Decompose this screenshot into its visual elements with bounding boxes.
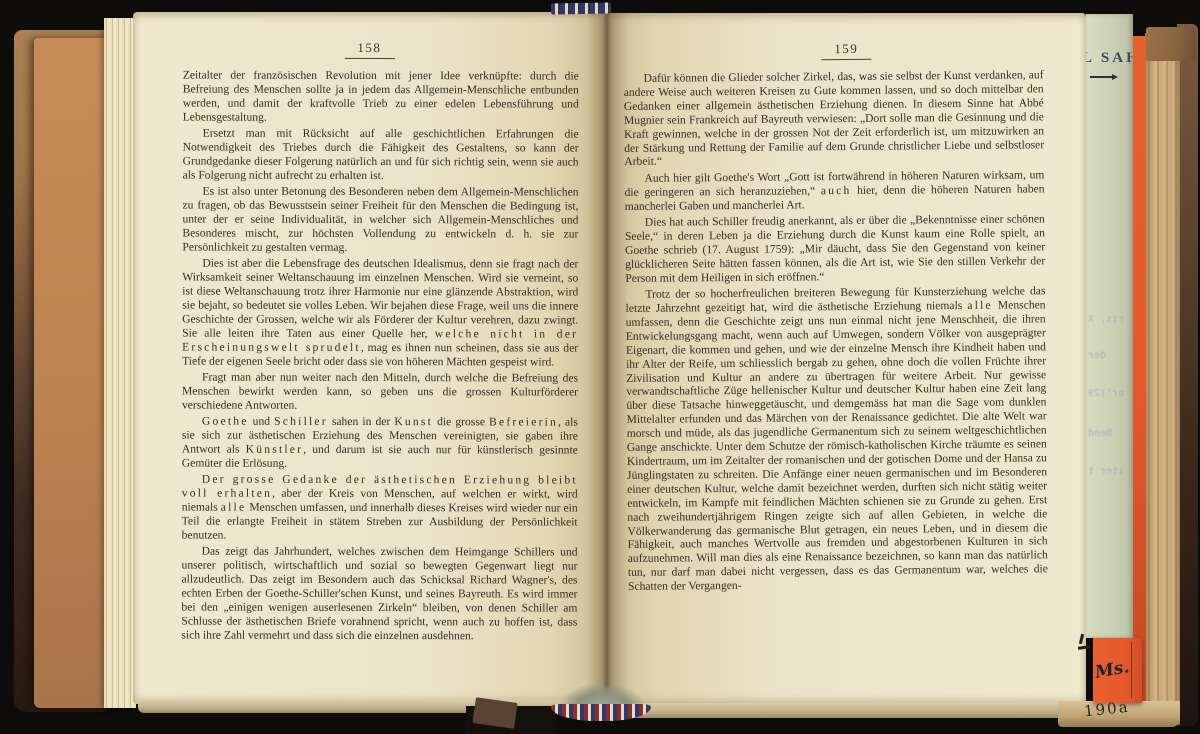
paragraph: Dies ist aber die Lebensfrage des deutsc… xyxy=(182,257,578,369)
ghost-text: der xyxy=(1088,350,1106,361)
right-book-cover xyxy=(1177,24,1198,726)
green-insert-page: L SAH ris, Xderor"(29Benditer t xyxy=(1086,14,1133,638)
orange-insert-edge xyxy=(1133,36,1146,704)
paragraph: Trotz der so hocherfreulichen breiteren … xyxy=(625,284,1048,594)
right-page-edges xyxy=(1145,33,1180,725)
paragraph: Goethe und Schiller sahen in der Kunst d… xyxy=(182,415,578,472)
right-page-bottom-edge xyxy=(612,703,1086,718)
paragraph: Fragt man aber nun weiter nach den Mitte… xyxy=(182,371,578,414)
right-page-text: Dafür können die Glieder solcher Zirkel,… xyxy=(624,68,1049,594)
paragraph: Dies hat auch Schiller freudig anerkannt… xyxy=(625,212,1046,285)
bottom-headband xyxy=(551,704,651,721)
paragraph: Auch hier gilt Goethe's Wort „Gott ist f… xyxy=(624,168,1044,213)
page-number-right: 159 xyxy=(821,41,871,60)
right-cover-top-fold xyxy=(1146,27,1196,61)
left-page-text: Zeitalter der französischen Revolution m… xyxy=(181,69,579,644)
book-photo: 158 Zeitalter der französischen Revoluti… xyxy=(0,0,1200,734)
left-page-content: 158 Zeitalter der französischen Revoluti… xyxy=(131,11,606,704)
ghost-text: iter t xyxy=(1088,466,1124,477)
right-page-content: 159 Dafür können die Glieder solcher Zir… xyxy=(606,11,1092,707)
ghost-text: ris, X xyxy=(1088,314,1124,325)
page-number-left: 158 xyxy=(344,40,394,59)
ghost-text: or"(29 xyxy=(1088,388,1124,399)
paragraph: Ersetzt man mit Rücksicht auf alle gesch… xyxy=(183,127,579,184)
left-page-header: 158 xyxy=(133,11,606,59)
right-page: 159 Dafür können die Glieder solcher Zir… xyxy=(606,13,1086,705)
paragraph: Der grosse Gedanke der ästhetischen Erzi… xyxy=(182,473,578,544)
paragraph: Es ist also unter Betonung des Besondere… xyxy=(182,185,578,256)
tab-crease-line xyxy=(1131,642,1133,698)
library-stamp: L SAH xyxy=(1086,50,1133,67)
left-flyleaf xyxy=(34,38,114,708)
top-headband xyxy=(551,2,611,14)
paragraph: Dafür können die Glieder solcher Zirkel,… xyxy=(624,68,1045,169)
orange-sticky-tab: Ms. xyxy=(1093,638,1142,703)
right-page-header: 159 xyxy=(606,11,1086,62)
left-page: 158 Zeitalter der französischen Revoluti… xyxy=(133,12,606,704)
handwritten-note: Ms. xyxy=(1094,657,1131,683)
arrow-mark-icon xyxy=(1090,76,1114,78)
ghost-text: Bend xyxy=(1088,428,1112,439)
paragraph: Zeitalter der französischen Revolution m… xyxy=(183,69,579,126)
paragraph: Das zeigt das Jahrhundert, welches zwisc… xyxy=(181,545,577,643)
